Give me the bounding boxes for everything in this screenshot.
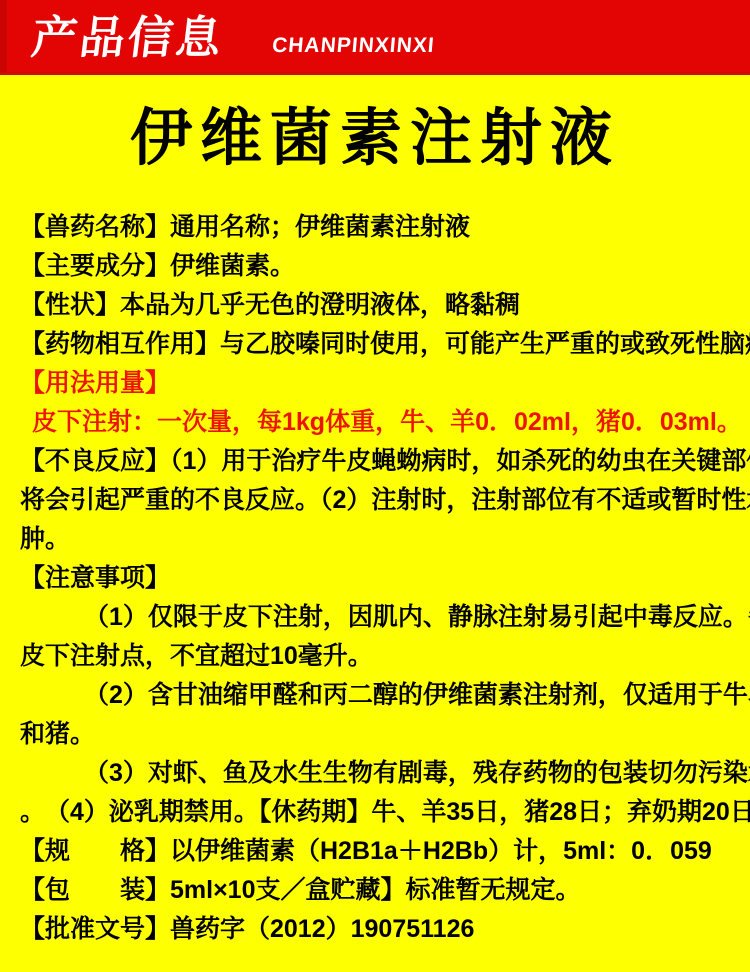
label-text-block: 【兽药名称】通用名称；伊维菌素注射液 【主要成分】伊维菌素。 【性状】本品为几乎… [0, 208, 750, 949]
line-drug-name: 【兽药名称】通用名称；伊维菌素注射液 [0, 208, 750, 247]
line-usage-dosage-detail: 皮下注射：一次量，每1kg体重，牛、羊0．02ml，猪0．03ml。 [0, 403, 750, 442]
line-usage-dosage-heading: 【用法用量】 [0, 364, 750, 403]
banner-pinyin-subtitle: CHANPINXINXI [271, 35, 436, 60]
line-drug-interactions: 【药物相互作用】与乙胶嗪同时使用，可能产生严重的或致死性脑病。 [0, 325, 750, 364]
line-adverse-reactions-2: 将会引起严重的不良反应。（2）注射时，注射部位有不适或暂时性水 [0, 481, 750, 520]
line-specification: 【规 格】以伊维菌素（H2B1a＋H2Bb）计，5ml：0．059 [0, 832, 750, 871]
header-banner: 产品信息 CHANPINXINXI [0, 0, 750, 75]
product-title: 伊维菌素注射液 [0, 91, 750, 186]
line-adverse-reactions-3: 肿。 [0, 520, 750, 559]
line-characteristics: 【性状】本品为几乎无色的澄明液体，略黏稠 [0, 286, 750, 325]
line-main-ingredient: 【主要成分】伊维菌素。 [0, 247, 750, 286]
line-precaution-1a: （1）仅限于皮下注射，因肌内、静脉注射易引起中毒反应。每个 [0, 598, 750, 637]
line-adverse-reactions-1: 【不良反应】（1）用于治疗牛皮蝇蚴病时，如杀死的幼虫在关键部位， [0, 442, 750, 481]
line-precaution-1b: 皮下注射点，不宜超过10毫升。 [0, 637, 750, 676]
line-precaution-4-withdrawal: 。 （4）泌乳期禁用。【休药期】牛、羊35日，猪28日；弃奶期20日 [0, 793, 750, 832]
line-precaution-3: （3）对虾、鱼及水生生物有剧毒，残存药物的包装切勿污染水源 [0, 754, 750, 793]
line-precaution-2a: （2）含甘油缩甲醛和丙二醇的伊维菌素注射剂，仅适用于牛、羊 [0, 676, 750, 715]
line-packaging-storage: 【包 装】5ml×10支／盒贮藏】标准暂无规定。 [0, 871, 750, 910]
banner-title: 产品信息 [29, 15, 227, 60]
line-approval-number: 【批准文号】兽药字（2012）190751126 [0, 910, 750, 949]
line-precaution-2b: 和猪。 [0, 715, 750, 754]
line-precautions-heading: 【注意事项】 [0, 559, 750, 598]
